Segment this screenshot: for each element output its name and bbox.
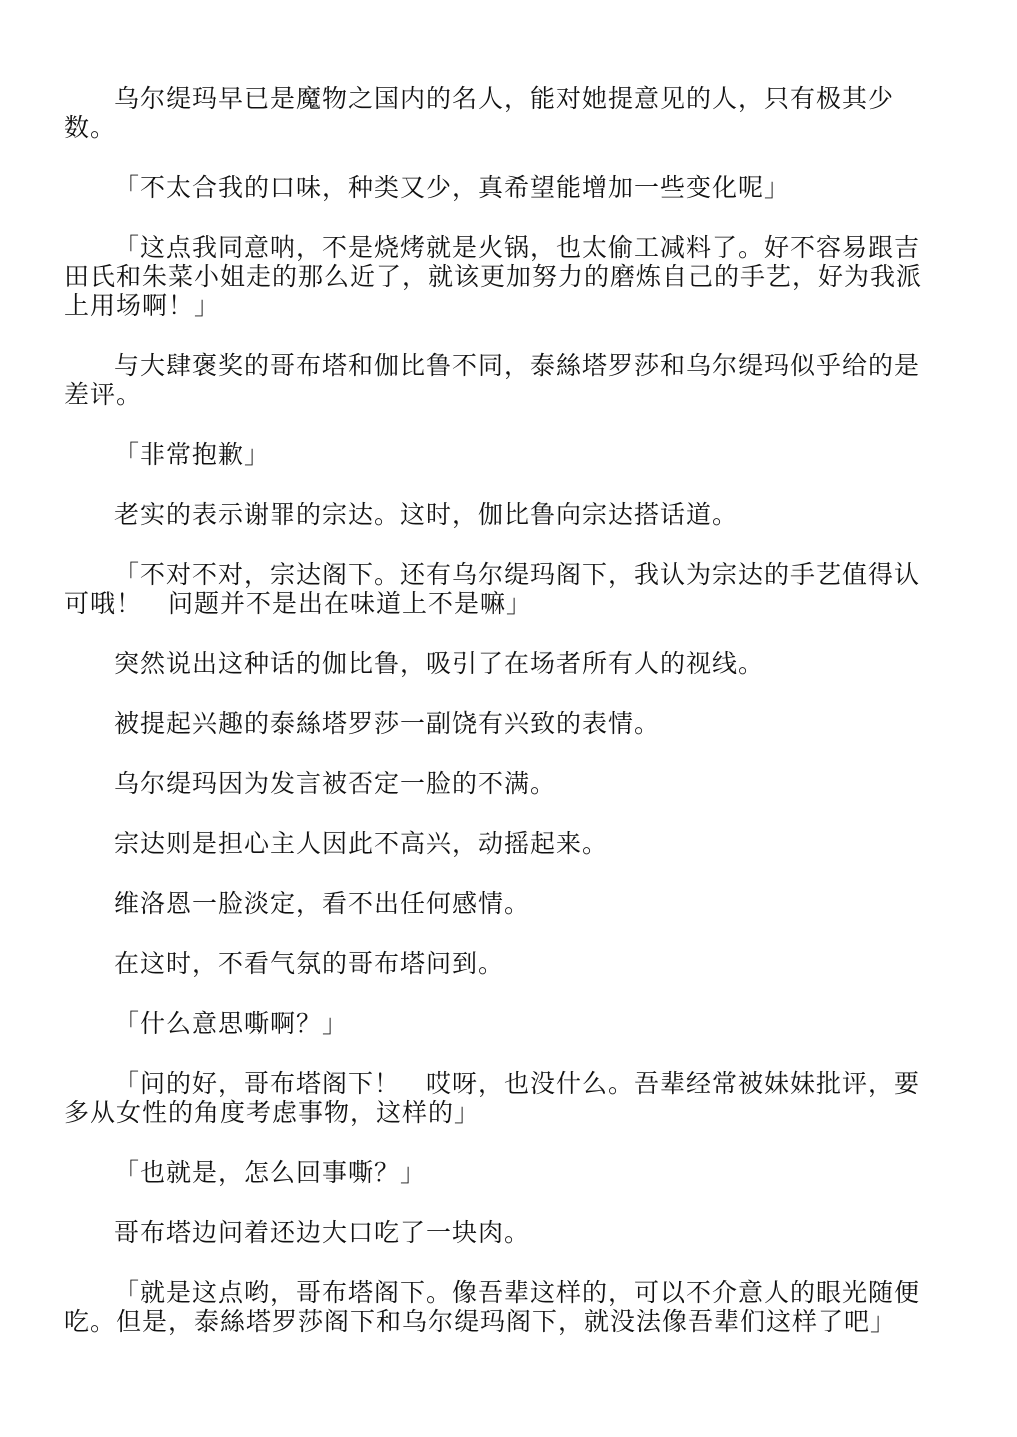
- paragraph-dialogue: 「非常抱歉」: [64, 441, 933, 470]
- paragraph-dialogue: 「也就是，怎么回事嘶？」: [64, 1159, 933, 1188]
- paragraph-narration: 与大肆褒奖的哥布塔和伽比鲁不同，泰絲塔罗莎和乌尔缇玛似乎给的是差评。: [64, 352, 933, 410]
- paragraph-narration: 宗达则是担心主人因此不高兴，动摇起来。: [64, 830, 933, 859]
- paragraph-narration: 维洛恩一脸淡定，看不出任何感情。: [64, 890, 933, 919]
- paragraph-dialogue: 「这点我同意呐，不是烧烤就是火锅，也太偷工减料了。好不容易跟吉田氏和朱菜小姐走的…: [64, 234, 933, 321]
- ebook-page: 乌尔缇玛早已是魔物之国内的名人，能对她提意见的人，只有极其少数。 「不太合我的口…: [0, 0, 1017, 1437]
- paragraph-narration: 乌尔缇玛因为发言被否定一脸的不满。: [64, 770, 933, 799]
- paragraph-narration: 乌尔缇玛早已是魔物之国内的名人，能对她提意见的人，只有极其少数。: [64, 85, 933, 143]
- paragraph-dialogue: 「不太合我的口味，种类又少，真希望能增加一些变化呢」: [64, 174, 933, 203]
- paragraph-narration: 在这时，不看气氛的哥布塔问到。: [64, 950, 933, 979]
- paragraph-dialogue: 「不对不对，宗达阁下。还有乌尔缇玛阁下，我认为宗达的手艺值得认可哦！ 问题并不是…: [64, 561, 933, 619]
- paragraph-dialogue: 「什么意思嘶啊？」: [64, 1010, 933, 1039]
- paragraph-dialogue: 「就是这点哟，哥布塔阁下。像吾辈这样的，可以不介意人的眼光随便吃。但是，泰絲塔罗…: [64, 1279, 933, 1337]
- paragraph-dialogue: 「问的好，哥布塔阁下！ 哎呀，也没什么。吾辈经常被妹妹批评，要多从女性的角度考虑…: [64, 1070, 933, 1128]
- paragraph-narration: 老实的表示谢罪的宗达。这时，伽比鲁向宗达搭话道。: [64, 501, 933, 530]
- paragraph-narration: 被提起兴趣的泰絲塔罗莎一副饶有兴致的表情。: [64, 710, 933, 739]
- paragraph-narration: 哥布塔边问着还边大口吃了一块肉。: [64, 1219, 933, 1248]
- paragraph-narration: 突然说出这种话的伽比鲁，吸引了在场者所有人的视线。: [64, 650, 933, 679]
